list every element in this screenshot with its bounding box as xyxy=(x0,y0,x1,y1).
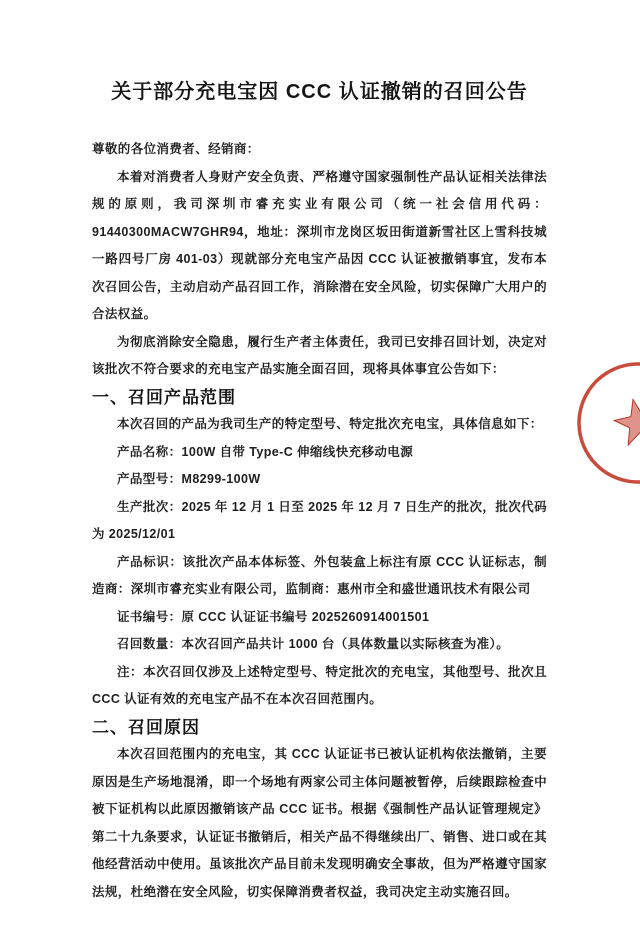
seal-company-text: 深圳市睿充实业有限公司 xyxy=(589,451,640,503)
section1-lead: 本次召回的产品为我司生产的特定型号、特定批次充电宝，具体信息如下： xyxy=(92,411,547,439)
recall-quantity-line: 召回数量：本次召回产品共计 1000 台（具体数量以实际核查为准）。 xyxy=(92,631,547,659)
document-page: 关于部分充电宝因 CCC 认证撤销的召回公告 尊敬的各位消费者、经销商： 本着对… xyxy=(0,0,640,934)
product-marking-line: 产品标识：该批次产品本体标签、外包装盒上标注有原 CCC 认证标志，制造商：深圳… xyxy=(92,549,547,604)
section2-body: 本次召回范围内的充电宝，其 CCC 认证证书已被认证机构依法撤销，主要原因是生产… xyxy=(92,741,547,906)
star-icon xyxy=(611,395,640,447)
intro-paragraph-1: 本着对消费者人身财产安全负责、严格遵守国家强制性产品认证相关法律法规的原则，我司… xyxy=(92,164,547,329)
section1-heading: 一、召回产品范围 xyxy=(92,384,547,412)
product-name-line: 产品名称：100W 自带 Type-C 伸缩线快充移动电源 xyxy=(92,439,547,467)
document-title: 关于部分充电宝因 CCC 认证撤销的召回公告 xyxy=(92,78,547,106)
document-body: 尊敬的各位消费者、经销商： 本着对消费者人身财产安全负责、严格遵守国家强制性产品… xyxy=(92,136,547,906)
product-model-line: 产品型号：M8299-100W xyxy=(92,466,547,494)
section2-heading: 二、召回原因 xyxy=(92,714,547,742)
intro-paragraph-2: 为彻底消除安全隐患，履行生产者主体责任，我司已安排召回计划，决定对该批次不符合要… xyxy=(92,329,547,384)
certificate-number-line: 证书编号：原 CCC 认证证书编号 2025260914001501 xyxy=(92,604,547,632)
company-seal-graphic: 深圳市睿充实业有限公司 xyxy=(558,343,640,503)
recall-scope-note: 注：本次召回仅涉及上述特定型号、特定批次的充电宝，其他型号、批次且 CCC 认证… xyxy=(92,659,547,714)
company-seal: 深圳市睿充实业有限公司 xyxy=(558,343,640,503)
production-batch-line: 生产批次：2025 年 12 月 1 日至 2025 年 12 月 7 日生产的… xyxy=(92,494,547,549)
seal-circle xyxy=(568,353,640,493)
salutation: 尊敬的各位消费者、经销商： xyxy=(92,136,547,164)
